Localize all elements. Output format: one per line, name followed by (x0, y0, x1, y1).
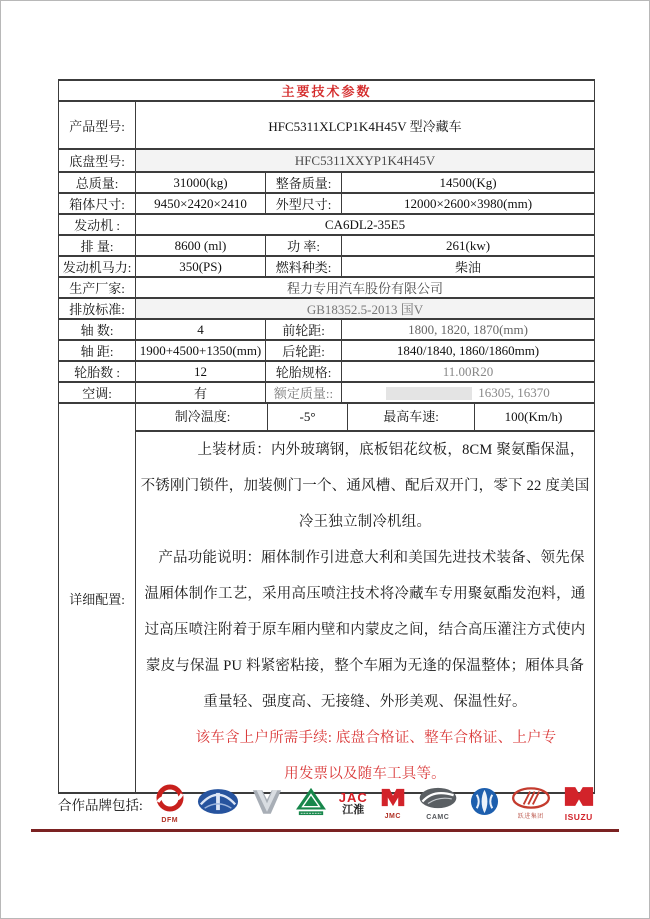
brands-label: 合作品牌包括: (58, 794, 143, 814)
document-page: 主要技术参数 产品型号: HFC5311XLCP1K4H45V 型冷藏车 底盘型… (0, 0, 650, 919)
product-model-value: HFC5311XLCP1K4H45V 型冷藏车 (136, 101, 595, 149)
power-label: 功 率: (266, 235, 342, 256)
max-speed-value: 100(Km/h) (474, 404, 592, 430)
blue-emblem-icon (470, 787, 499, 820)
dongfeng-logo: DFM (155, 784, 185, 824)
table-row: 产品型号: HFC5311XLCP1K4H45V 型冷藏车 (59, 101, 595, 149)
ac-value: 有 (136, 382, 266, 403)
green-pyramid-icon (295, 787, 327, 820)
chassis-model-label: 底盘型号: (59, 149, 136, 172)
cooling-subrow: 制冷温度: -5° 最高车速: 100(Km/h) (136, 403, 595, 431)
tire-count-value: 12 (136, 361, 266, 382)
table-row: 发动机 : CA6DL2-35E5 (59, 214, 595, 235)
jmc-icon (380, 787, 406, 812)
jac-sublabel: 江淮 (342, 805, 364, 816)
wheelbase-value: 1900+4500+1350(mm) (136, 340, 266, 361)
product-model-label: 产品型号: (59, 101, 136, 149)
footer-divider (31, 829, 619, 832)
fuel-label: 燃料种类: (266, 256, 342, 277)
dongfeng-label: DFM (161, 817, 178, 824)
horsepower-value: 350(PS) (136, 256, 266, 277)
detail-line: 蒙皮与保温 PU 料紧密粘接，整个车厢为无逢的保温整体；厢体具备 (138, 648, 592, 684)
table-row: 排放标准: GB18352.5-2013 国V (59, 298, 595, 319)
yuejin-icon (511, 787, 551, 813)
detail-line: 重量轻、强度高、无接缝、外形美观、保温性好。 (138, 684, 592, 720)
chassis-model-value: HFC5311XXYP1K4H45V (136, 149, 595, 172)
yuejin-logo: 跃进集团 (511, 787, 551, 820)
front-track-value: 1800, 1820, 1870(mm) (342, 319, 595, 340)
table-row: 生产厂家: 程力专用汽车股份有限公司 (59, 277, 595, 298)
manufacturer-value: 程力专用汽车股份有限公司 (136, 277, 595, 298)
isuzu-icon (563, 785, 595, 812)
table-row: 详细配置: 制冷温度: -5° 最高车速: 100(Km/h) (59, 403, 595, 431)
gray-highlight-strip (386, 387, 472, 400)
box-size-value: 9450×2420×2410 (136, 193, 266, 214)
faw-icon (197, 788, 239, 819)
overall-size-label: 外型尺寸: (266, 193, 342, 214)
rated-load-text: 16305, 16370 (478, 385, 550, 400)
isuzu-label: ISUZU (565, 813, 593, 822)
detail-config-label: 详细配置: (59, 403, 136, 793)
rear-track-label: 后轮距: (266, 340, 342, 361)
ac-label: 空调: (59, 382, 136, 403)
detail-line: 冷王独立制冷机组。 (138, 504, 592, 540)
jac-logo: JAC 江淮 (339, 791, 368, 816)
table-row: 底盘型号: HFC5311XXYP1K4H45V (59, 149, 595, 172)
gross-mass-value: 31000(kg) (136, 172, 266, 193)
max-speed-label: 最高车速: (347, 404, 474, 430)
table-row: 主要技术参数 (59, 80, 595, 101)
curb-mass-value: 14500(Kg) (342, 172, 595, 193)
axles-label: 轴 数: (59, 319, 136, 340)
jmc-logo: JMC (380, 787, 406, 820)
gross-mass-label: 总质量: (59, 172, 136, 193)
table-row: 箱体尺寸: 9450×2420×2410 外型尺寸: 12000×2600×39… (59, 193, 595, 214)
isuzu-logo: ISUZU (563, 785, 595, 822)
tire-spec-value: 11.00R20 (342, 361, 595, 382)
camc-label: CAMC (426, 814, 449, 821)
faw-logo (197, 788, 239, 819)
table-row: 轴 数: 4 前轮距: 1800, 1820, 1870(mm) (59, 319, 595, 340)
emission-label: 排放标准: (59, 298, 136, 319)
table-row: 上装材质：内外玻璃钢，底板铝花纹板，8CM 聚氨酯保温， 不锈刚门锁件，加装侧门… (59, 431, 595, 793)
table-row: 轴 距: 1900+4500+1350(mm) 后轮距: 1840/1840, … (59, 340, 595, 361)
front-track-label: 前轮距: (266, 319, 342, 340)
dongfeng-icon (155, 784, 185, 816)
cooling-temp-value: -5° (267, 404, 347, 430)
yuejin-label: 跃进集团 (518, 814, 544, 820)
jmc-label: JMC (385, 813, 401, 820)
v-emblem-icon (251, 788, 283, 819)
table-row: 总质量: 31000(kg) 整备质量: 14500(Kg) (59, 172, 595, 193)
detail-config-text: 上装材质：内外玻璃钢，底板铝花纹板，8CM 聚氨酯保温， 不锈刚门锁件，加装侧门… (136, 431, 595, 793)
table-row: 发动机马力: 350(PS) 燃料种类: 柴油 (59, 256, 595, 277)
horsepower-label: 发动机马力: (59, 256, 136, 277)
displacement-value: 8600 (ml) (136, 235, 266, 256)
rear-track-value: 1840/1840, 1860/1860mm) (342, 340, 595, 361)
curb-mass-label: 整备质量: (266, 172, 342, 193)
brands-row: 合作品牌包括: DFM (58, 776, 618, 831)
jac-label: JAC (339, 791, 368, 804)
v-emblem-logo (251, 788, 283, 819)
manufacturer-label: 生产厂家: (59, 277, 136, 298)
spec-table: 主要技术参数 产品型号: HFC5311XLCP1K4H45V 型冷藏车 底盘型… (58, 79, 595, 794)
box-size-label: 箱体尺寸: (59, 193, 136, 214)
rated-load-value: 16305, 16370 (342, 382, 595, 403)
overall-size-value: 12000×2600×3980(mm) (342, 193, 595, 214)
displacement-label: 排 量: (59, 235, 136, 256)
camc-logo: CAMC (418, 787, 458, 821)
table-row: 轮胎数 : 12 轮胎规格: 11.00R20 (59, 361, 595, 382)
detail-line: 不锈刚门锁件，加装侧门一个、通风槽、配后双开门，零下 22 度美国 (138, 468, 592, 504)
cooling-temp-label: 制冷温度: (138, 404, 267, 430)
power-value: 261(kw) (342, 235, 595, 256)
page-title: 主要技术参数 (59, 80, 595, 101)
detail-line: 温厢体制作工艺，采用高压喷注技术将冷藏车专用聚氨酯发泡料，通 (138, 576, 592, 612)
table-row: 空调: 有 额定质量:: 16305, 16370 (59, 382, 595, 403)
detail-line-red: 该车含上户所需手续: 底盘合格证、整车合格证、上户专 (138, 720, 592, 756)
camc-icon (418, 787, 458, 813)
wheelbase-label: 轴 距: (59, 340, 136, 361)
engine-label: 发动机 : (59, 214, 136, 235)
blue-emblem-logo (470, 787, 499, 820)
green-pyramid-logo (295, 787, 327, 820)
detail-line: 产品功能说明：厢体制作引进意大利和美国先进技术装备、领先保 (138, 540, 592, 576)
axles-value: 4 (136, 319, 266, 340)
detail-line: 上装材质：内外玻璃钢，底板铝花纹板，8CM 聚氨酯保温， (138, 432, 592, 468)
engine-value: CA6DL2-35E5 (136, 214, 595, 235)
tire-count-label: 轮胎数 : (59, 361, 136, 382)
tire-spec-label: 轮胎规格: (266, 361, 342, 382)
detail-line: 过高压喷注附着于原车厢内壁和内蒙皮之间，结合高压灌注方式使内 (138, 612, 592, 648)
emission-value: GB18352.5-2013 国V (136, 298, 595, 319)
fuel-value: 柴油 (342, 256, 595, 277)
rated-load-label: 额定质量:: (266, 382, 342, 403)
table-row: 排 量: 8600 (ml) 功 率: 261(kw) (59, 235, 595, 256)
